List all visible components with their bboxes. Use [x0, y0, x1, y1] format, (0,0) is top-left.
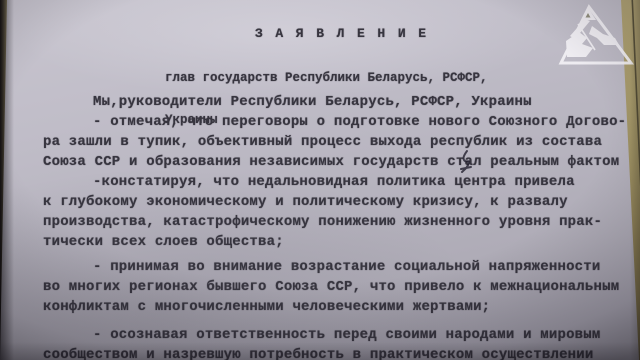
document-line: тически всех слоев общества;	[43, 232, 640, 252]
video-frame: З А Я В Л Е Н И Е глав государств Респуб…	[0, 0, 640, 360]
document-line: производства, катастрофическому понижени…	[43, 212, 640, 232]
document-line: к глубокому экономическому и политическо…	[43, 192, 640, 212]
document-line: Мы,руководители Республики Беларусь, РСФ…	[43, 92, 640, 112]
document-line: Союза ССР и образования независимых госу…	[43, 152, 640, 172]
document-line: во многих регионах бывшего Союза ССР, чт…	[43, 277, 640, 297]
document-page: З А Я В Л Е Н И Е глав государств Респуб…	[0, 0, 640, 360]
document-line: ра зашли в тупик, объективный процесс вы…	[43, 132, 640, 152]
document-body: Мы,руководители Республики Беларусь, РСФ…	[43, 92, 640, 360]
document-title: З А Я В Л Е Н И Е	[255, 26, 428, 42]
document-line: сообществом и назревшую потребность в пр…	[43, 345, 640, 360]
document-line: - принимая во внимание возрастание социа…	[43, 257, 640, 277]
document-line: конфликтам с многочисленными человечески…	[43, 297, 640, 317]
document-subtitle-line: глав государств Республики Беларусь, РСФ…	[165, 71, 488, 85]
mountain-triangle-logo-icon	[558, 4, 634, 66]
document-line: - осознавая ответственность перед своими…	[43, 325, 640, 345]
document-line: - отмечая, что переговоры о подготовке н…	[43, 112, 640, 132]
document-line: -констатируя, что недальновидная политик…	[43, 172, 640, 192]
handwritten-squiggle-mark-icon	[458, 149, 476, 175]
